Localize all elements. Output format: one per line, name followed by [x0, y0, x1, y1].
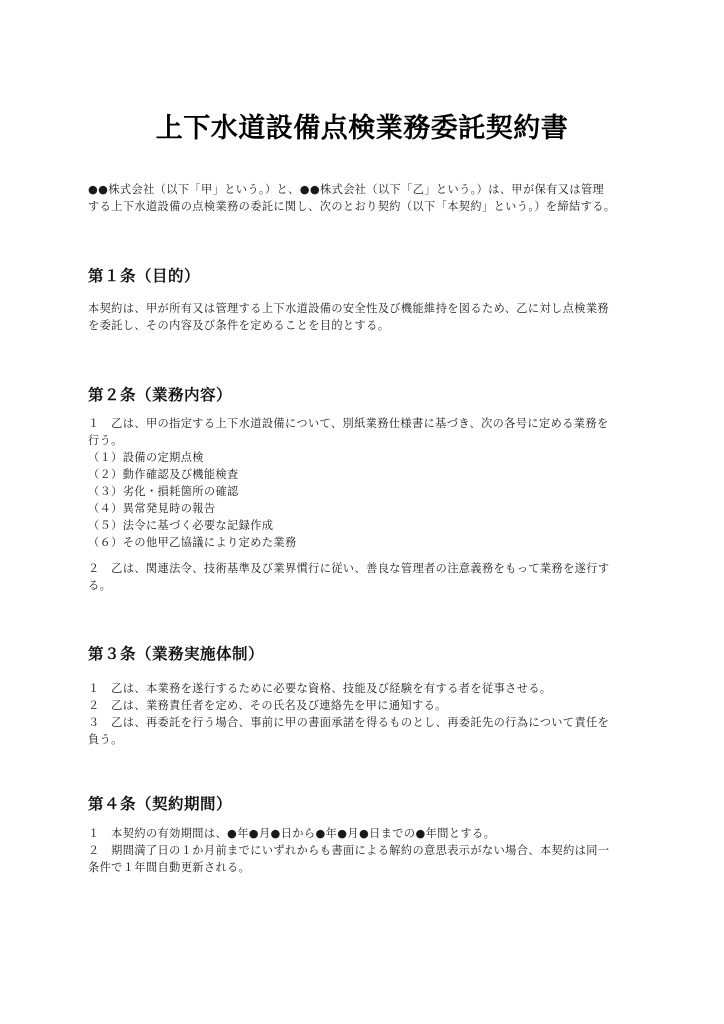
article-line: 行う。: [88, 432, 648, 449]
article-line: 条件で１年間自動更新される。: [88, 859, 648, 876]
article-1-heading: 第１条（目的）: [88, 264, 200, 286]
article-line: ３ 乙は、再委託を行う場合、事前に甲の書面承諾を得るものとし、再委託先の行為につ…: [88, 714, 648, 731]
preamble-line: する上下水道設備の点検業務の委託に関し、次のとおり契約（以下「本契約」という。）…: [88, 198, 648, 215]
article-1-body: 本契約は、甲が所有又は管理する上下水道設備の安全性及び機能維持を図るため、乙に対…: [88, 300, 648, 334]
article-line: ２ 乙は、業務責任者を定め、その氏名及び連絡先を甲に通知する。: [88, 697, 648, 714]
list-item: （６）その他甲乙協議により定めた業務: [88, 534, 648, 551]
list-item: （３）劣化・損耗箇所の確認: [88, 483, 648, 500]
list-item: （５）法令に基づく必要な記録作成: [88, 517, 648, 534]
article-4-body: １ 本契約の有効期間は、●年●月●日から●年●月●日までの●年間とする。 ２ 期…: [88, 825, 648, 876]
list-item: （４）異常発見時の報告: [88, 500, 648, 517]
article-line: 本契約は、甲が所有又は管理する上下水道設備の安全性及び機能維持を図るため、乙に対…: [88, 300, 648, 317]
article-4-heading: 第４条（契約期間）: [88, 792, 232, 814]
article-line: １ 乙は、甲の指定する上下水道設備について、別紙業務仕様書に基づき、次の各号に定…: [88, 415, 648, 432]
article-2-body: １ 乙は、甲の指定する上下水道設備について、別紙業務仕様書に基づき、次の各号に定…: [88, 415, 648, 551]
article-line: 負う。: [88, 731, 648, 748]
article-line: る。: [88, 577, 648, 594]
article-3-heading: 第３条（業務実施体制）: [88, 642, 264, 664]
list-item: （１）設備の定期点検: [88, 449, 648, 466]
article-line: ２ 乙は、関連法令、技術基準及び業界慣行に従い、善良な管理者の注意義務をもって業…: [88, 560, 648, 577]
article-line: を委託し、その内容及び条件を定めることを目的とする。: [88, 317, 648, 334]
article-line: ２ 期間満了日の１か月前までにいずれからも書面による解約の意思表示がない場合、本…: [88, 842, 648, 859]
article-2-heading: 第２条（業務内容）: [88, 383, 232, 405]
document-title: 上下水道設備点検業務委託契約書: [0, 106, 724, 145]
article-line: １ 乙は、本業務を遂行するために必要な資格、技能及び経験を有する者を従事させる。: [88, 680, 648, 697]
preamble: ●●株式会社（以下「甲」という。）と、●●株式会社（以下「乙」という。）は、甲が…: [88, 181, 648, 215]
article-3-body: １ 乙は、本業務を遂行するために必要な資格、技能及び経験を有する者を従事させる。…: [88, 680, 648, 748]
article-line: １ 本契約の有効期間は、●年●月●日から●年●月●日までの●年間とする。: [88, 825, 648, 842]
article-2-clause-2: ２ 乙は、関連法令、技術基準及び業界慣行に従い、善良な管理者の注意義務をもって業…: [88, 560, 648, 594]
preamble-line: ●●株式会社（以下「甲」という。）と、●●株式会社（以下「乙」という。）は、甲が…: [88, 181, 648, 198]
list-item: （２）動作確認及び機能検査: [88, 466, 648, 483]
document-page: 上下水道設備点検業務委託契約書 ●●株式会社（以下「甲」という。）と、●●株式会…: [0, 0, 724, 1024]
